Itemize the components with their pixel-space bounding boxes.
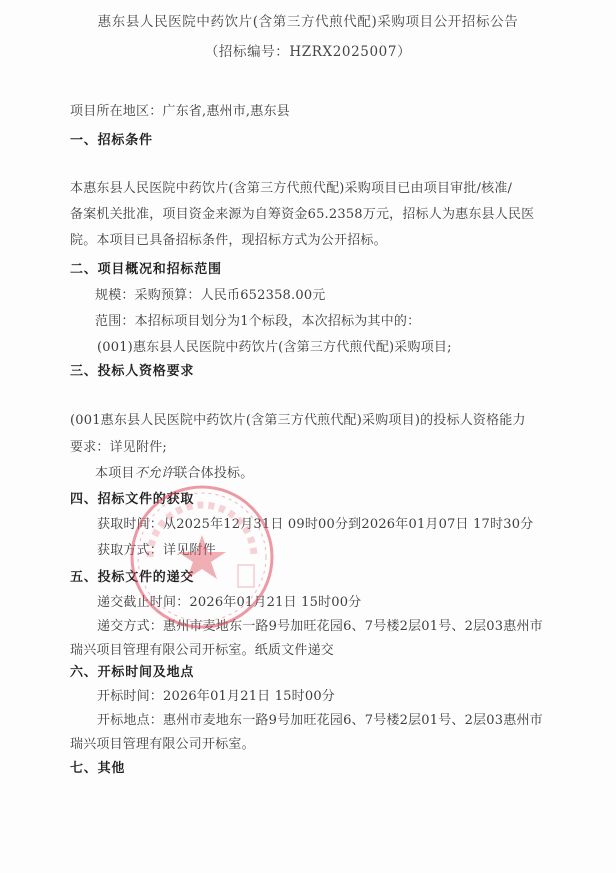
acquisition-method: 获取方式：详见附件: [97, 543, 216, 559]
section-heading-4: 四、招标文件的获取: [70, 492, 194, 508]
section-heading-5: 五、投标文件的递交: [70, 570, 194, 586]
section-heading-1: 一、招标条件: [70, 133, 153, 149]
section-heading-3: 三、投标人资格要求: [70, 364, 194, 380]
section-1-line-3: 院。本项目已具备招标条件，现招标方式为公开招标。: [70, 233, 387, 249]
bid-number: （招标编号：HZRX2025007）: [0, 44, 616, 60]
section-heading-7: 七、其他: [70, 761, 125, 777]
acquisition-time: 获取时间：从2025年12月31日 09时00分到2026年01月07日 17时…: [97, 517, 533, 533]
budget-line: 规模：采购预算：人民币652358.00元: [95, 288, 326, 304]
scope-line: 范围：本招标项目划分为1个标段，本次招标为其中的：: [95, 314, 420, 330]
document-title: 惠东县人民医院中药饮片(含第三方代煎代配)采购项目公开招标公告: [0, 14, 616, 30]
section-heading-2: 二、项目概况和招标范围: [70, 262, 222, 278]
project-region: 项目所在地区：广东省,惠州市,惠东县: [70, 104, 290, 120]
section-1-line-1: 本惠东县人民医院中药饮片(含第三方代煎代配)采购项目已由项目审批/核准/: [70, 181, 512, 197]
submission-deadline: 递交截止时间：2026年01月21日 15时00分: [97, 595, 361, 611]
opening-time: 开标时间：2026年01月21日 15时00分: [97, 689, 335, 705]
consortium-emphasis: 不允许: [135, 466, 175, 481]
section-1-line-2: 备案机关批准，项目资金来源为自筹资金65.2358万元，招标人为惠东县人民医: [70, 207, 534, 223]
document-page: 惠东县人民医院中药饮片(含第三方代煎代配)采购项目公开招标公告 （招标编号：HZ…: [0, 0, 616, 873]
consortium-line: 本项目不允许联合体投标。: [95, 466, 253, 482]
section-heading-6: 六、开标时间及地点: [70, 665, 194, 681]
consortium-prefix: 本项目: [95, 466, 135, 481]
submission-method-line-2: 瑞兴项目管理有限公司开标室。纸质文件递交: [70, 643, 334, 659]
opening-location-line-1: 开标地点：惠州市麦地东一路9号加旺花园6、7号楼2层01号、2层03惠州市: [97, 713, 543, 729]
opening-location-line-2: 瑞兴项目管理有限公司开标室。: [70, 737, 255, 753]
submission-method-line-1: 递交方式：惠州市麦地东一路9号加旺花园6、7号楼2层01号、2层03惠州市: [97, 619, 543, 635]
lot-line: (001)惠东县人民医院中药饮片(含第三方代煎代配)采购项目;: [97, 340, 452, 356]
qualification-line-2: 要求：详见附件;: [70, 440, 167, 456]
qualification-line-1: (001惠东县人民医院中药饮片(含第三方代煎代配)采购项目)的投标人资格能力: [70, 413, 526, 429]
consortium-suffix: 联合体投标。: [174, 466, 253, 481]
